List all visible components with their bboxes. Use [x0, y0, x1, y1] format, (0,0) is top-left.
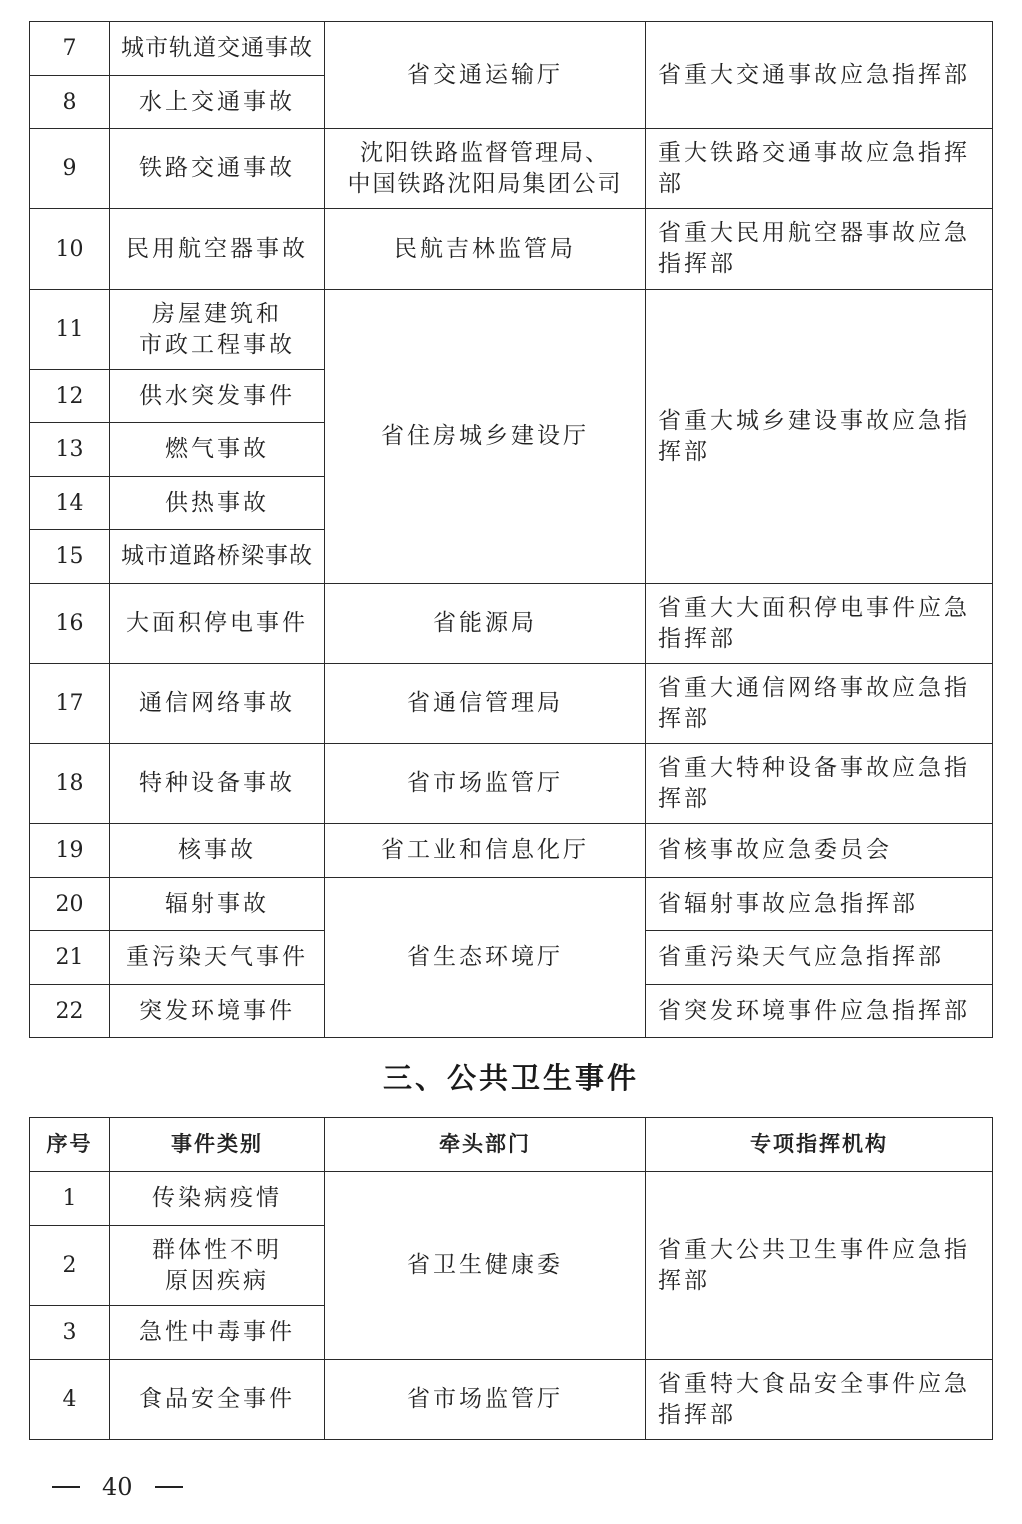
table-row: 10 民用航空器事故 民航吉林监管局 省重大民用航空器事故应急指挥部 — [30, 209, 993, 290]
event-category: 食品安全事件 — [110, 1360, 325, 1440]
command-agency: 省辐射事故应急指挥部 — [646, 878, 993, 931]
lead-department: 省交通运输厅 — [325, 22, 646, 129]
row-number: 21 — [30, 931, 110, 985]
table-header-row: 序号 事件类别 牵头部门 专项指挥机构 — [30, 1118, 993, 1172]
command-agency: 省重大民用航空器事故应急指挥部 — [646, 209, 993, 290]
row-number: 9 — [30, 129, 110, 209]
lead-department: 民航吉林监管局 — [325, 209, 646, 290]
lead-department: 省能源局 — [325, 584, 646, 664]
row-number: 1 — [30, 1172, 110, 1226]
table-row: 19 核事故 省工业和信息化厅 省核事故应急委员会 — [30, 824, 993, 878]
row-number: 15 — [30, 530, 110, 584]
lead-department: 省市场监管厅 — [325, 1360, 646, 1440]
event-category: 民用航空器事故 — [110, 209, 325, 290]
lead-department: 省市场监管厅 — [325, 744, 646, 824]
event-category: 房屋建筑和 市政工程事故 — [110, 290, 325, 370]
table-row: 7 城市轨道交通事故 省交通运输厅 省重大交通事故应急指挥部 — [30, 22, 993, 76]
column-header-number: 序号 — [30, 1118, 110, 1172]
table-row: 17 通信网络事故 省通信管理局 省重大通信网络事故应急指挥部 — [30, 664, 993, 744]
event-category: 群体性不明 原因疾病 — [110, 1226, 325, 1306]
page-number: 40 — [102, 1473, 133, 1501]
event-category: 突发环境事件 — [110, 985, 325, 1038]
row-number: 12 — [30, 370, 110, 423]
event-category-line: 房屋建筑和 — [110, 299, 324, 330]
lead-department: 省生态环境厅 — [325, 878, 646, 1038]
dash-left — [52, 1486, 80, 1488]
row-number: 14 — [30, 477, 110, 530]
command-agency: 省重大交通事故应急指挥部 — [646, 22, 993, 129]
lead-department: 省住房城乡建设厅 — [325, 290, 646, 584]
event-category-line: 原因疾病 — [110, 1266, 324, 1297]
table-row: 1 传染病疫情 省卫生健康委 省重大公共卫生事件应急指挥部 — [30, 1172, 993, 1226]
command-agency: 省重大通信网络事故应急指挥部 — [646, 664, 993, 744]
column-header-command-agency: 专项指挥机构 — [646, 1118, 993, 1172]
event-category: 供水突发事件 — [110, 370, 325, 423]
page-number-footer: 40 — [52, 1473, 183, 1501]
command-agency: 省重特大食品安全事件应急指挥部 — [646, 1360, 993, 1440]
event-category: 水上交通事故 — [110, 76, 325, 129]
row-number: 3 — [30, 1306, 110, 1360]
event-category: 城市道路桥梁事故 — [110, 530, 325, 584]
row-number: 17 — [30, 664, 110, 744]
table-row: 16 大面积停电事件 省能源局 省重大大面积停电事件应急指挥部 — [30, 584, 993, 664]
command-agency: 省重污染天气应急指挥部 — [646, 931, 993, 985]
event-category: 重污染天气事件 — [110, 931, 325, 985]
event-category: 供热事故 — [110, 477, 325, 530]
emergency-command-table-continued: 7 城市轨道交通事故 省交通运输厅 省重大交通事故应急指挥部 8 水上交通事故 … — [29, 21, 993, 1038]
row-number: 20 — [30, 878, 110, 931]
command-agency: 省重大大面积停电事件应急指挥部 — [646, 584, 993, 664]
dash-right — [155, 1486, 183, 1488]
command-agency: 省重大特种设备事故应急指挥部 — [646, 744, 993, 824]
event-category: 传染病疫情 — [110, 1172, 325, 1226]
row-number: 22 — [30, 985, 110, 1038]
event-category-line: 群体性不明 — [110, 1235, 324, 1266]
lead-department: 省通信管理局 — [325, 664, 646, 744]
table-row: 20 辐射事故 省生态环境厅 省辐射事故应急指挥部 — [30, 878, 993, 931]
event-category: 铁路交通事故 — [110, 129, 325, 209]
section-title: 三、公共卫生事件 — [0, 1056, 1022, 1097]
row-number: 18 — [30, 744, 110, 824]
command-agency: 省重大公共卫生事件应急指挥部 — [646, 1172, 993, 1360]
lead-department: 沈阳铁路监督管理局、 中国铁路沈阳局集团公司 — [325, 129, 646, 209]
row-number: 19 — [30, 824, 110, 878]
event-category: 辐射事故 — [110, 878, 325, 931]
row-number: 13 — [30, 423, 110, 477]
event-category: 大面积停电事件 — [110, 584, 325, 664]
table-row: 4 食品安全事件 省市场监管厅 省重特大食品安全事件应急指挥部 — [30, 1360, 993, 1440]
row-number: 16 — [30, 584, 110, 664]
row-number: 7 — [30, 22, 110, 76]
event-category: 通信网络事故 — [110, 664, 325, 744]
table-row: 9 铁路交通事故 沈阳铁路监督管理局、 中国铁路沈阳局集团公司 重大铁路交通事故… — [30, 129, 993, 209]
row-number: 11 — [30, 290, 110, 370]
command-agency: 省重大城乡建设事故应急指挥部 — [646, 290, 993, 584]
lead-department-line: 沈阳铁路监督管理局、 — [325, 138, 645, 169]
lead-department: 省卫生健康委 — [325, 1172, 646, 1360]
event-category: 特种设备事故 — [110, 744, 325, 824]
column-header-category: 事件类别 — [110, 1118, 325, 1172]
command-agency: 重大铁路交通事故应急指挥部 — [646, 129, 993, 209]
command-agency: 省突发环境事件应急指挥部 — [646, 985, 993, 1038]
event-category-line: 市政工程事故 — [110, 330, 324, 361]
table-row: 18 特种设备事故 省市场监管厅 省重大特种设备事故应急指挥部 — [30, 744, 993, 824]
event-category: 核事故 — [110, 824, 325, 878]
row-number: 2 — [30, 1226, 110, 1306]
event-category: 急性中毒事件 — [110, 1306, 325, 1360]
lead-department-line: 中国铁路沈阳局集团公司 — [325, 169, 645, 200]
column-header-lead-department: 牵头部门 — [325, 1118, 646, 1172]
command-agency: 省核事故应急委员会 — [646, 824, 993, 878]
lead-department: 省工业和信息化厅 — [325, 824, 646, 878]
public-health-events-table: 序号 事件类别 牵头部门 专项指挥机构 1 传染病疫情 省卫生健康委 省重大公共… — [29, 1117, 993, 1440]
row-number: 8 — [30, 76, 110, 129]
row-number: 4 — [30, 1360, 110, 1440]
row-number: 10 — [30, 209, 110, 290]
event-category: 城市轨道交通事故 — [110, 22, 325, 76]
table-row: 11 房屋建筑和 市政工程事故 省住房城乡建设厅 省重大城乡建设事故应急指挥部 — [30, 290, 993, 370]
event-category: 燃气事故 — [110, 423, 325, 477]
